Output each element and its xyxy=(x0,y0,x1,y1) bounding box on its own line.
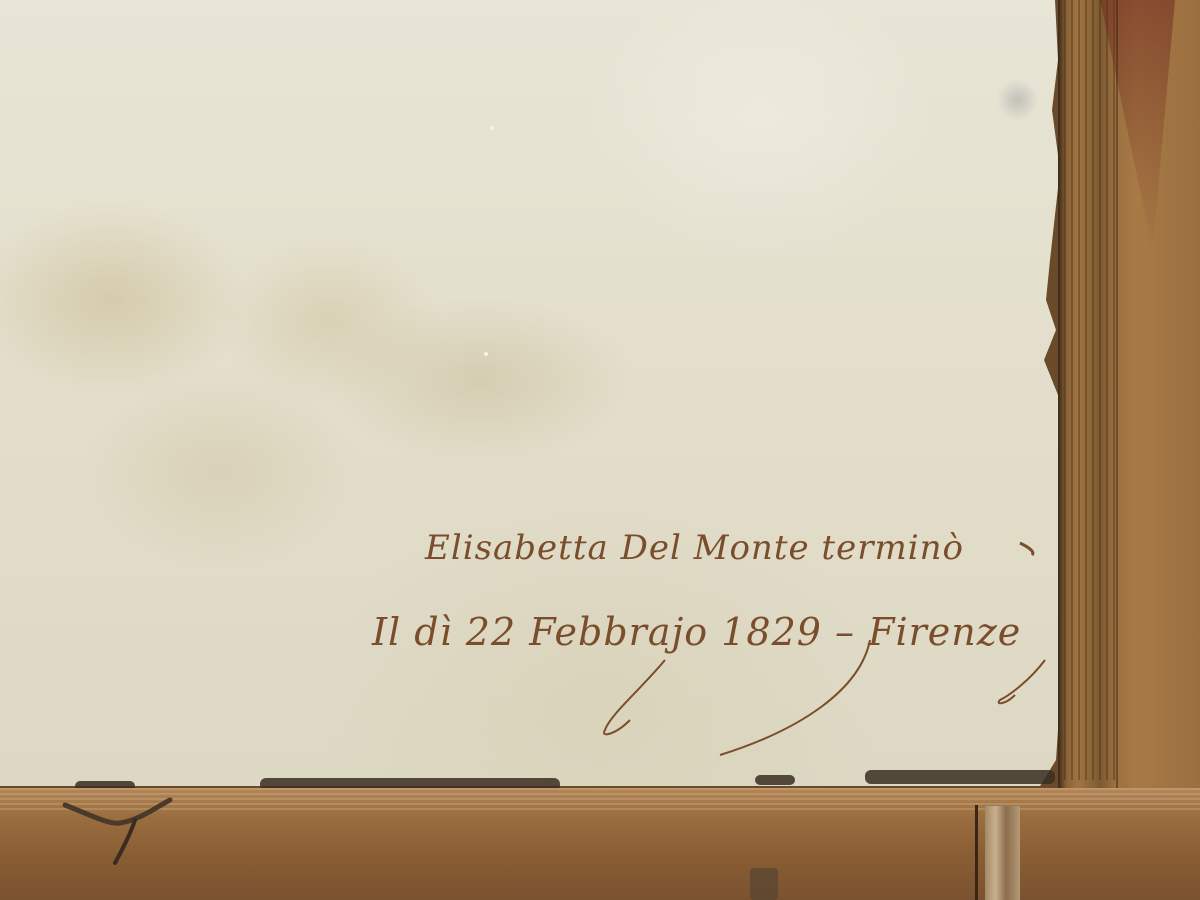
inscription-line-2: Il dì 22 Febbrajo 1829 – Firenze xyxy=(372,610,1021,654)
inscription-line-1: Elisabetta Del Monte terminò xyxy=(425,528,964,568)
paper-speck xyxy=(484,352,488,356)
frame-nail xyxy=(750,868,778,900)
frame-miter-joint xyxy=(975,805,978,900)
paper-sheet xyxy=(0,0,1062,786)
wood-grain xyxy=(1064,0,1118,780)
torn-edge xyxy=(755,775,795,785)
paper-smudge xyxy=(995,80,1040,120)
frame-corner-block xyxy=(985,806,1020,900)
photo-scene: Elisabetta Del Monte terminò Il dì 22 Fe… xyxy=(0,0,1200,900)
frame-seam xyxy=(1116,0,1118,800)
paper-speck xyxy=(490,126,494,130)
torn-edge xyxy=(865,770,1055,784)
wood-grain xyxy=(0,788,1200,810)
